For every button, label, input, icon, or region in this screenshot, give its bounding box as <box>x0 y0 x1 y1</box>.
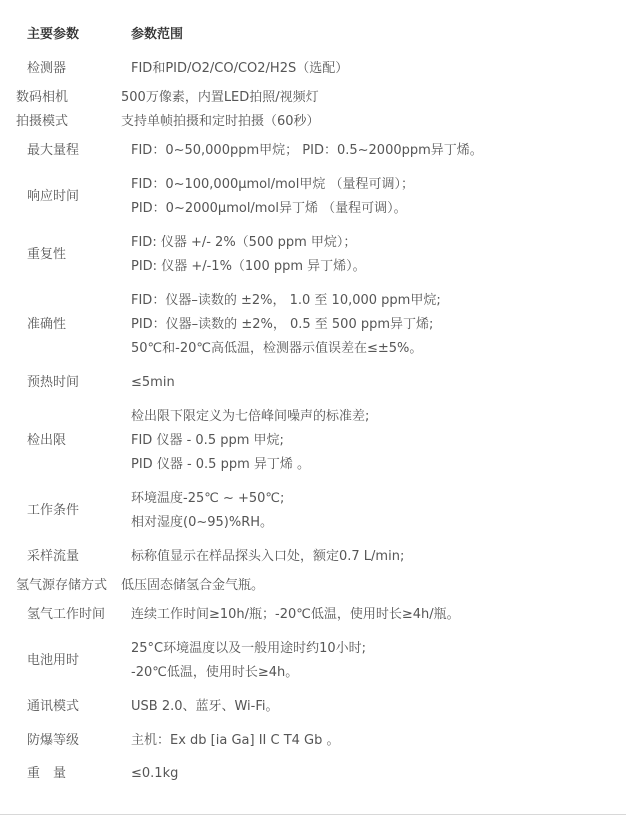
row-label: 重 量 <box>27 762 66 786</box>
row-value: 500万像素，内置LED拍照/视频灯 <box>121 86 319 110</box>
row-label: 数码相机 <box>16 86 68 110</box>
row-value: FID：0~50,000ppm甲烷； PID：0.5~2000ppm异丁烯。 <box>131 139 483 163</box>
row-value: 环境温度-25℃ ~ +50℃; 相对湿度(0~95)%RH。 <box>131 487 284 535</box>
header-range: 参数范围 <box>131 23 183 47</box>
row-value: 支持单帧拍摄和定时拍摄（60秒） <box>121 110 320 134</box>
row-label: 预热时间 <box>27 371 79 395</box>
row-label: 拍摄模式 <box>16 110 68 134</box>
row-label: 氢气源存储方式 <box>16 574 107 598</box>
row-label: 准确性 <box>27 313 66 337</box>
row-label: 检测器 <box>27 57 66 81</box>
row-label: 工作条件 <box>27 499 79 523</box>
row-value: ≤5min <box>131 371 175 395</box>
row-value: USB 2.0、蓝牙、Wi-Fi。 <box>131 695 279 719</box>
row-value: 主机：Ex db [ia Ga] II C T4 Gb 。 <box>131 729 340 753</box>
row-label: 响应时间 <box>27 185 79 209</box>
row-label: 检出限 <box>27 429 66 453</box>
row-label: 氢气工作时间 <box>27 603 105 627</box>
row-value: FID和PID/O2/CO/CO2/H2S（选配） <box>131 57 348 81</box>
bottom-divider <box>0 814 626 815</box>
row-value: 低压固态储氢合金气瓶。 <box>121 574 264 598</box>
row-label: 电池用时 <box>27 649 79 673</box>
row-value: 标称值显示在样品探头入口处，额定0.7 L/min; <box>131 545 404 569</box>
row-label: 防爆等级 <box>27 729 79 753</box>
row-label: 最大量程 <box>27 139 79 163</box>
row-value: 连续工作时间≥10h/瓶；-20℃低温，使用时长≥4h/瓶。 <box>131 603 460 627</box>
row-value: ≤0.1kg <box>131 762 178 786</box>
header-param: 主要参数 <box>27 23 79 47</box>
row-value: FID: 仪器 +/- 2%（500 ppm 甲烷）； PID: 仪器 +/-1… <box>131 231 366 279</box>
row-value: 检出限下限定义为七倍峰间噪声的标准差; FID 仪器 - 0.5 ppm 甲烷;… <box>131 405 369 477</box>
row-label: 采样流量 <box>27 545 79 569</box>
row-value: 25°C环境温度以及一般用途时约10小时; -20℃低温，使用时长≥4h。 <box>131 637 366 685</box>
row-value: FID：0~100,000μmol/mol甲烷 （量程可调）； PID：0~20… <box>131 173 414 221</box>
row-label: 通讯模式 <box>27 695 79 719</box>
row-value: FID：仪器–读数的 ±2%， 1.0 至 10,000 ppm甲烷; PID：… <box>131 289 441 361</box>
row-label: 重复性 <box>27 243 66 267</box>
